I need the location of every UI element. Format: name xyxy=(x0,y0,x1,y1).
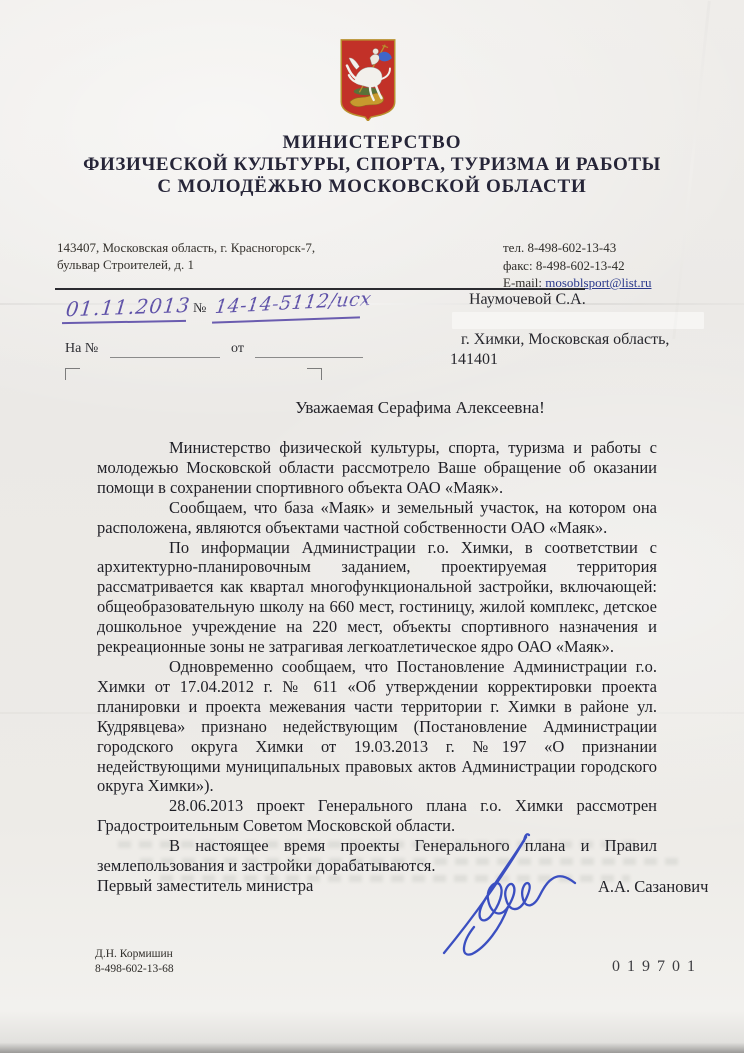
body-paragraph-1: Министерство физической культуры, спорта… xyxy=(97,438,657,498)
ot-label: от xyxy=(231,341,244,357)
salutation: Уважаемая Серафима Алексеевна! xyxy=(140,398,700,418)
letterhead-address: 143407, Московская область, г. Красногор… xyxy=(57,239,377,273)
handwritten-outgoing-number: 14-14-5112/исх xyxy=(214,288,373,318)
bleedthrough-artifact xyxy=(140,858,680,865)
handwritten-date: 01.11.2013 xyxy=(65,293,192,321)
body-paragraph-3: По информации Администрации г.о. Химки, … xyxy=(97,538,657,657)
registration-stamp-number: 019701 xyxy=(612,958,702,976)
handwritten-signature xyxy=(428,831,588,963)
address-line2: бульвар Строителей, д. 1 xyxy=(57,256,377,273)
scanned-letter-page: МИНИСТЕРСТВО ФИЗИЧЕСКОЙ КУЛЬТУРЫ, СПОРТА… xyxy=(0,0,744,1053)
number-sign-label: № xyxy=(193,301,206,317)
letterhead-title: МИНИСТЕРСТВО ФИЗИЧЕСКОЙ КУЛЬТУРЫ, СПОРТА… xyxy=(0,132,744,198)
body-paragraph-2: Сообщаем, что база «Маяк» и земельный уч… xyxy=(97,498,657,538)
ot-blank-line xyxy=(255,357,363,358)
executor-block: Д.Н. Кормишин 8-498-602-13-68 xyxy=(95,947,174,977)
address-line1: 143407, Московская область, г. Красногор… xyxy=(57,239,377,256)
phone-line: тел. 8-498-602-13-43 xyxy=(503,239,723,257)
ministry-name-line3: С МОЛОДЁЖЬЮ МОСКОВСКОЙ ОБЛАСТИ xyxy=(0,176,744,198)
ministry-name-line1: МИНИСТЕРСТВО xyxy=(0,132,744,154)
letterhead-contacts: тел. 8-498-602-13-43 факс: 8-498-602-13-… xyxy=(503,239,723,292)
na-no-label: На № xyxy=(65,341,98,357)
address-zone-corner-right xyxy=(307,368,322,380)
signer-title: Первый заместитель министра xyxy=(97,876,313,896)
recipient-name: Наумочевой С.А. xyxy=(469,291,586,309)
letter-body: Министерство физической культуры, спорта… xyxy=(97,438,657,876)
ministry-name-line2: ФИЗИЧЕСКОЙ КУЛЬТУРЫ, СПОРТА, ТУРИЗМА И Р… xyxy=(0,154,744,176)
fax-line: факс: 8-498-602-13-42 xyxy=(503,257,723,275)
redacted-whiteout-box xyxy=(452,312,704,329)
recipient-postcode: 141401 xyxy=(450,351,498,369)
executor-name: Д.Н. Кормишин xyxy=(95,947,174,962)
body-paragraph-4: Одновременно сообщаем, что Постановление… xyxy=(97,657,657,796)
recipient-city: г. Химки, Московская область, xyxy=(461,331,669,349)
moscow-oblast-coat-of-arms xyxy=(336,37,400,121)
executor-phone: 8-498-602-13-68 xyxy=(95,962,174,977)
address-zone-corner-left xyxy=(65,368,80,380)
number-underline xyxy=(212,316,360,323)
signer-name: А.А. Сазанович xyxy=(598,877,708,897)
na-no-blank-line xyxy=(110,357,220,358)
